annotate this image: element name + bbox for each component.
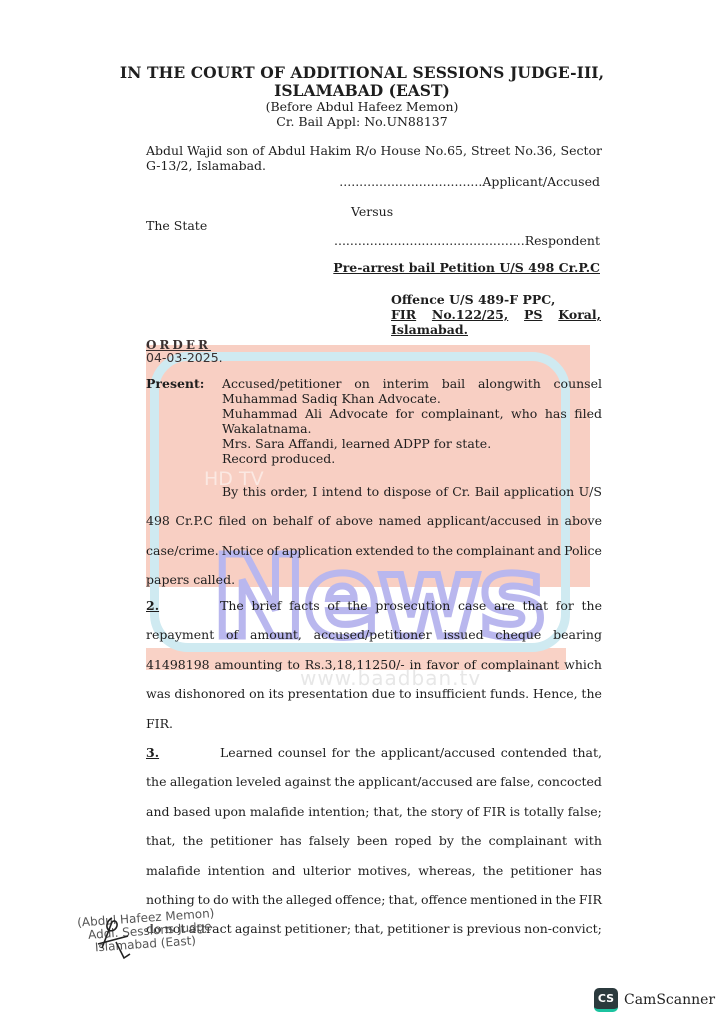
present-list: Accused/petitioner on interim bail along… bbox=[222, 376, 602, 466]
paragraph-text: Learned counsel for the applicant/accuse… bbox=[220, 745, 602, 774]
paragraph-line: theallegationleveledagainsttheapplicant/… bbox=[146, 774, 602, 803]
present-item: Muhammad Sadiq Khan Advocate. bbox=[222, 391, 602, 406]
police-station: Koral, bbox=[558, 307, 601, 322]
paragraph-line: case/crime.Noticeofapplicationextendedto… bbox=[146, 543, 602, 572]
applicant-details: Abdul Wajid son of Abdul Hakim R/o House… bbox=[146, 143, 602, 173]
fir-word: FIR bbox=[391, 307, 416, 322]
paragraph-line: wasdishonoredonitspresentationduetoinsuf… bbox=[146, 686, 602, 715]
versus-label: Versus bbox=[351, 204, 393, 219]
paragraph-text: The brief facts of the prosecution case … bbox=[220, 598, 602, 627]
paragraph-line: Bythisorder,IintendtodisposeofCr.Bailapp… bbox=[146, 484, 602, 513]
paragraph-line: FIR. bbox=[146, 716, 602, 745]
applicant-role: ....................................Appl… bbox=[330, 174, 600, 189]
offence-block: Offence U/S 489-F PPC, FIR No.122/25, PS… bbox=[391, 292, 601, 337]
paragraph-line: malafideintentionandulteriormotives,wher… bbox=[146, 863, 602, 892]
paragraph-line: 3. Learned counsel for the applicant/acc… bbox=[146, 745, 602, 774]
paragraph-line: 2. The brief facts of the prosecution ca… bbox=[146, 598, 602, 627]
fir-line: FIR No.122/25, PS Koral, bbox=[391, 307, 601, 322]
camscanner-logo: CS CamScanner bbox=[594, 988, 715, 1012]
court-title: IN THE COURT OF ADDITIONAL SESSIONS JUDG… bbox=[0, 63, 724, 82]
paragraph-line: repaymentofamount,accused/petitionerissu… bbox=[146, 627, 602, 656]
offence-section: Offence U/S 489-F PPC, bbox=[391, 292, 601, 307]
paragraph-line: andbaseduponmalafideintention;that,thest… bbox=[146, 804, 602, 833]
petition-title: Pre-arrest bail Petition U/S 498 Cr.P.C bbox=[300, 260, 600, 275]
court-location: ISLAMABAD (EAST) bbox=[0, 81, 724, 100]
present-label: Present: bbox=[146, 376, 204, 391]
paragraph-line: 41498198amountingtoRs.3,18,11250/-infavo… bbox=[146, 657, 602, 686]
judge-name: (Before Abdul Hafeez Memon) bbox=[0, 99, 724, 114]
paragraph-number: 2. bbox=[146, 598, 220, 627]
paragraph-2: 2. The brief facts of the prosecution ca… bbox=[146, 598, 602, 745]
paragraph-line: that,thepetitionerhasfalselybeenropedbyt… bbox=[146, 833, 602, 862]
offence-city: Islamabad. bbox=[391, 322, 468, 337]
camscanner-icon: CS bbox=[594, 988, 618, 1012]
respondent-role: ........................................… bbox=[330, 233, 600, 248]
order-date: 04-03-2025. bbox=[146, 350, 223, 365]
signature-icon bbox=[94, 914, 134, 964]
paragraph-number: 3. bbox=[146, 745, 220, 774]
present-item: Wakalatnama. bbox=[222, 421, 602, 436]
paragraph-1: Bythisorder,IintendtodisposeofCr.Bailapp… bbox=[146, 484, 602, 602]
present-item: Accused/petitioner on interim bail along… bbox=[222, 376, 602, 391]
camscanner-label: CamScanner bbox=[624, 992, 715, 1008]
fir-word: PS bbox=[524, 307, 542, 322]
present-item: Mrs. Sara Affandi, learned ADPP for stat… bbox=[222, 436, 602, 451]
present-item: Record produced. bbox=[222, 451, 602, 466]
present-item: Muhammad Ali Advocate for complainant, w… bbox=[222, 406, 602, 421]
case-number: Cr. Bail Appl: No.UN88137 bbox=[0, 114, 724, 129]
fir-number: No.122/25, bbox=[432, 307, 508, 322]
respondent-name: The State bbox=[146, 218, 207, 233]
paragraph-line: 498Cr.P.Cfiledonbehalfofabovenamedapplic… bbox=[146, 513, 602, 542]
